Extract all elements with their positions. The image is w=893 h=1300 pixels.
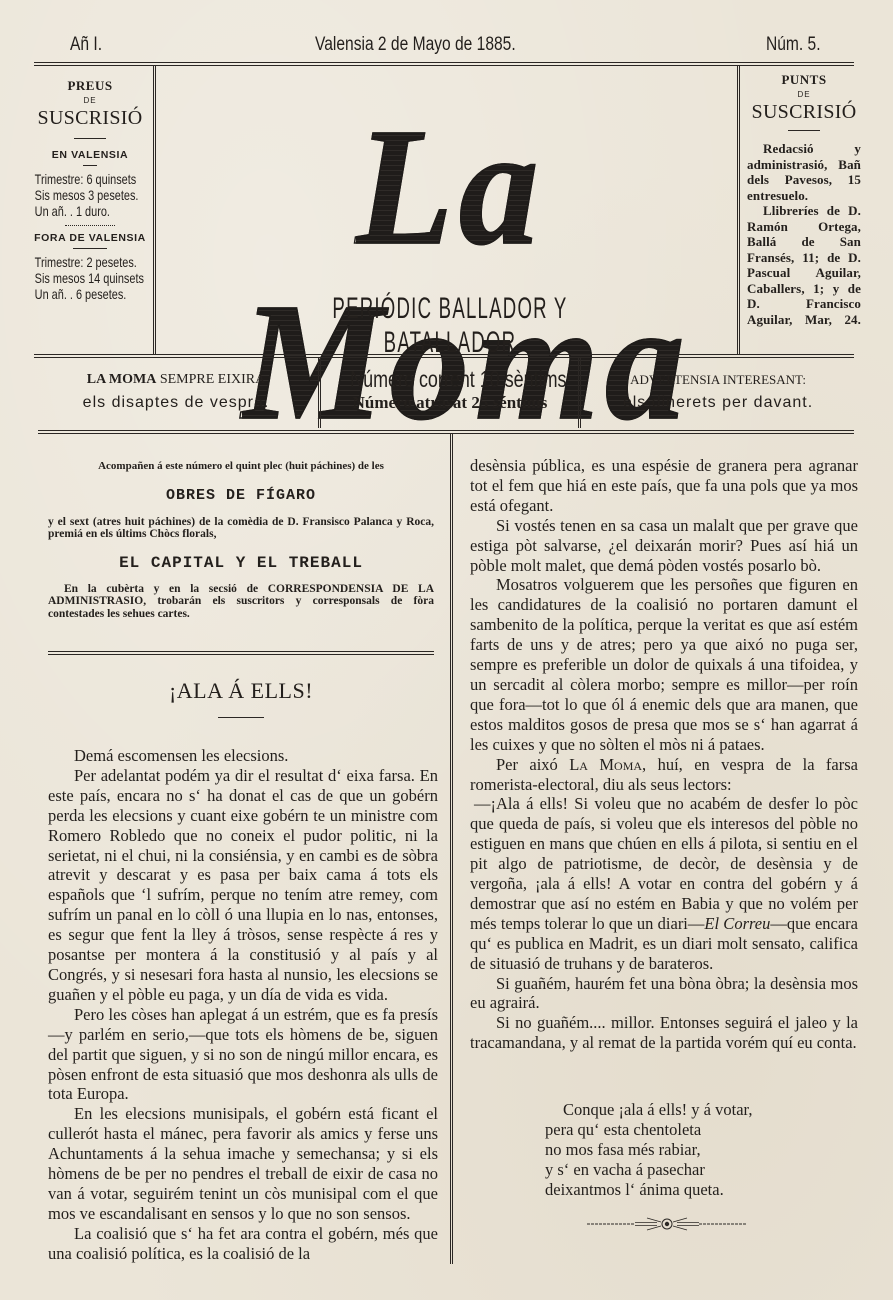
article-paragraph: Si vostés tenen en sa casa un malalt que… [470, 516, 858, 576]
article-paragraph: Pero les còses han aplegat á un estrém, … [48, 1005, 438, 1105]
notice-text-2: y el sext (atres huit páchines) de la co… [48, 516, 434, 541]
article-title: ¡ALA Á ELLS! [48, 678, 434, 704]
verse-line: Conque ¡ala á ells! y á votar, [545, 1100, 752, 1120]
price-row: Un añ. . 1 duro. [35, 203, 124, 219]
verse-line: pera qu‘ esta chentoleta [545, 1120, 752, 1140]
masthead-word-la: La [356, 100, 545, 275]
divider [788, 130, 820, 131]
issue-year: Añ I. [70, 34, 102, 56]
newspaper-citation: El Correu [704, 914, 770, 933]
paper-name-inline: La Moma [569, 755, 642, 774]
article-left-column: Demá escomensen les elecsions. Per adela… [48, 746, 438, 1264]
advertisement-text: els dinerets per davant. [582, 394, 854, 412]
current-issue-price: Número corrent 10 sèntims [350, 366, 550, 393]
masthead-title: La Moma [194, 100, 707, 275]
article-paragraph: Demá escomensen les elecsions. [48, 746, 438, 766]
points-heading-3: SUSCRISIÓ [745, 101, 863, 124]
price-row: Sis mesos 3 pesetes. [35, 187, 124, 203]
masthead-subtitle: PERIÓDIC BALLADOR Y BATALLADOR [270, 292, 630, 360]
top-rule [34, 62, 854, 66]
price-row: Trimestre: 6 quinsets [35, 171, 124, 187]
verse-line: deixantmos l‘ ánima queta. [545, 1180, 752, 1200]
points-address: Redacsió y administrasió, Bañ dels Paves… [745, 141, 863, 327]
article-paragraph: Mosatros volguerem que les persoñes que … [470, 575, 858, 754]
newspaper-page: Añ I. Valensia 2 de Mayo de 1885. Núm. 5… [0, 0, 893, 1300]
notice-bottom-rule [48, 651, 434, 655]
price-row: Sis mesos 14 quinsets [35, 270, 124, 286]
prices-heading-3: SUSCRISIÓ [30, 107, 150, 130]
title-rule [218, 717, 264, 718]
divider [83, 165, 97, 166]
publication-day: LA MOMA SEMPRE EIXIRÁ els disaptes de ve… [34, 372, 318, 412]
back-issue-price: Número atrasat 25 séntims [322, 393, 578, 413]
strip-divider-1 [318, 358, 321, 428]
end-ornament-icon [587, 1216, 747, 1232]
verse-line: no mos fasa més rabiar, [545, 1140, 752, 1160]
verse-line: y s‘ en vacha á pasechar [545, 1160, 752, 1180]
divider [73, 248, 107, 249]
strip-divider-2 [578, 358, 581, 428]
issue-prices: Número corrent 10 sèntims Número atrasat… [322, 366, 578, 413]
article-paragraph: En les elecsions munisipals, el gobérn e… [48, 1104, 438, 1223]
local-prices-list: Trimestre: 6 quinsets Sis mesos 3 pesete… [30, 171, 124, 219]
points-heading-2: DE [745, 90, 863, 99]
notice-intro: Acompañen á este número el quint plec (h… [48, 460, 434, 473]
divider [65, 225, 115, 226]
column-divider [450, 434, 453, 1264]
notice-text-3: En la cubèrta y en la secsió de CORRESPO… [48, 583, 434, 621]
publication-day-text: els disaptes de vesprá. [34, 394, 318, 412]
article-paragraph: Per adelantat podém ya dir el resultat d… [48, 766, 438, 1005]
editorial-office: Redacsió y administrasió, Bañ dels Paves… [747, 141, 861, 203]
subscription-points: PUNTS DE SUSCRISIÓ Redacsió y administra… [745, 72, 863, 327]
strip-bottom-rule [38, 430, 854, 434]
points-heading-1: PUNTS [745, 72, 863, 88]
advertisement-heading: ADVERTENSIA INTERESANT: [582, 372, 854, 388]
article-paragraph: Si guañém, haurém fet una bòna òbra; la … [470, 974, 858, 1014]
closing-verse: Conque ¡ala á ells! y á votar, pera qu‘ … [545, 1100, 752, 1200]
bookshops: Llibreríes de D. Ramón Ortega, Ballá de … [747, 203, 861, 327]
article-paragraph: desènsia pública, es una espésie de gran… [470, 456, 858, 516]
prices-heading-1: PREUS [30, 78, 150, 94]
notice-heading-capital: EL CAPITAL Y EL TREBALL [48, 554, 434, 572]
article-right-column: desènsia pública, es una espésie de gran… [470, 456, 858, 1053]
advertisement-notice: ADVERTENSIA INTERESANT: els dinerets per… [582, 372, 854, 412]
prices-heading-2: DE [30, 96, 150, 105]
divider [74, 138, 106, 139]
outside-prices-heading: FORA DE VALENSIA [30, 232, 150, 244]
notice-heading-figaro: OBRES DE FÍGARO [48, 487, 434, 504]
local-prices-heading: EN VALENSIA [30, 149, 150, 161]
outside-prices-list: Trimestre: 2 pesetes. Sis mesos 14 quins… [30, 254, 124, 302]
publication-note: SEMPRE EIXIRÁ [156, 372, 265, 387]
subscription-prices: PREUS DE SUSCRISIÓ EN VALENSIA Trimestre… [30, 78, 150, 302]
price-row: Trimestre: 2 pesetes. [35, 254, 124, 270]
article-paragraph: Si no guañém.... millor. Entonses seguir… [470, 1013, 858, 1053]
issue-date: Valensia 2 de Mayo de 1885. [315, 34, 516, 56]
paper-name: LA MOMA [87, 372, 157, 387]
supplement-notice: Acompañen á este número el quint plec (h… [48, 460, 434, 620]
article-paragraph-la-moma: Per aixó La Moma, huí, en vespra de la f… [470, 755, 858, 795]
price-row: Un añ. . 6 pesetes. [35, 286, 124, 302]
right-sidebar-divider [737, 66, 740, 354]
masthead-bottom-rule [34, 354, 854, 358]
article-paragraph: La coalisió que s‘ ha fet ara contra el … [48, 1224, 438, 1264]
issue-number: Núm. 5. [766, 34, 821, 56]
left-sidebar-divider [153, 66, 156, 354]
dateline: Añ I. Valensia 2 de Mayo de 1885. Núm. 5… [0, 30, 893, 60]
article-paragraph-call: —¡Ala á ells! Si voleu que no acabém de … [470, 794, 858, 973]
